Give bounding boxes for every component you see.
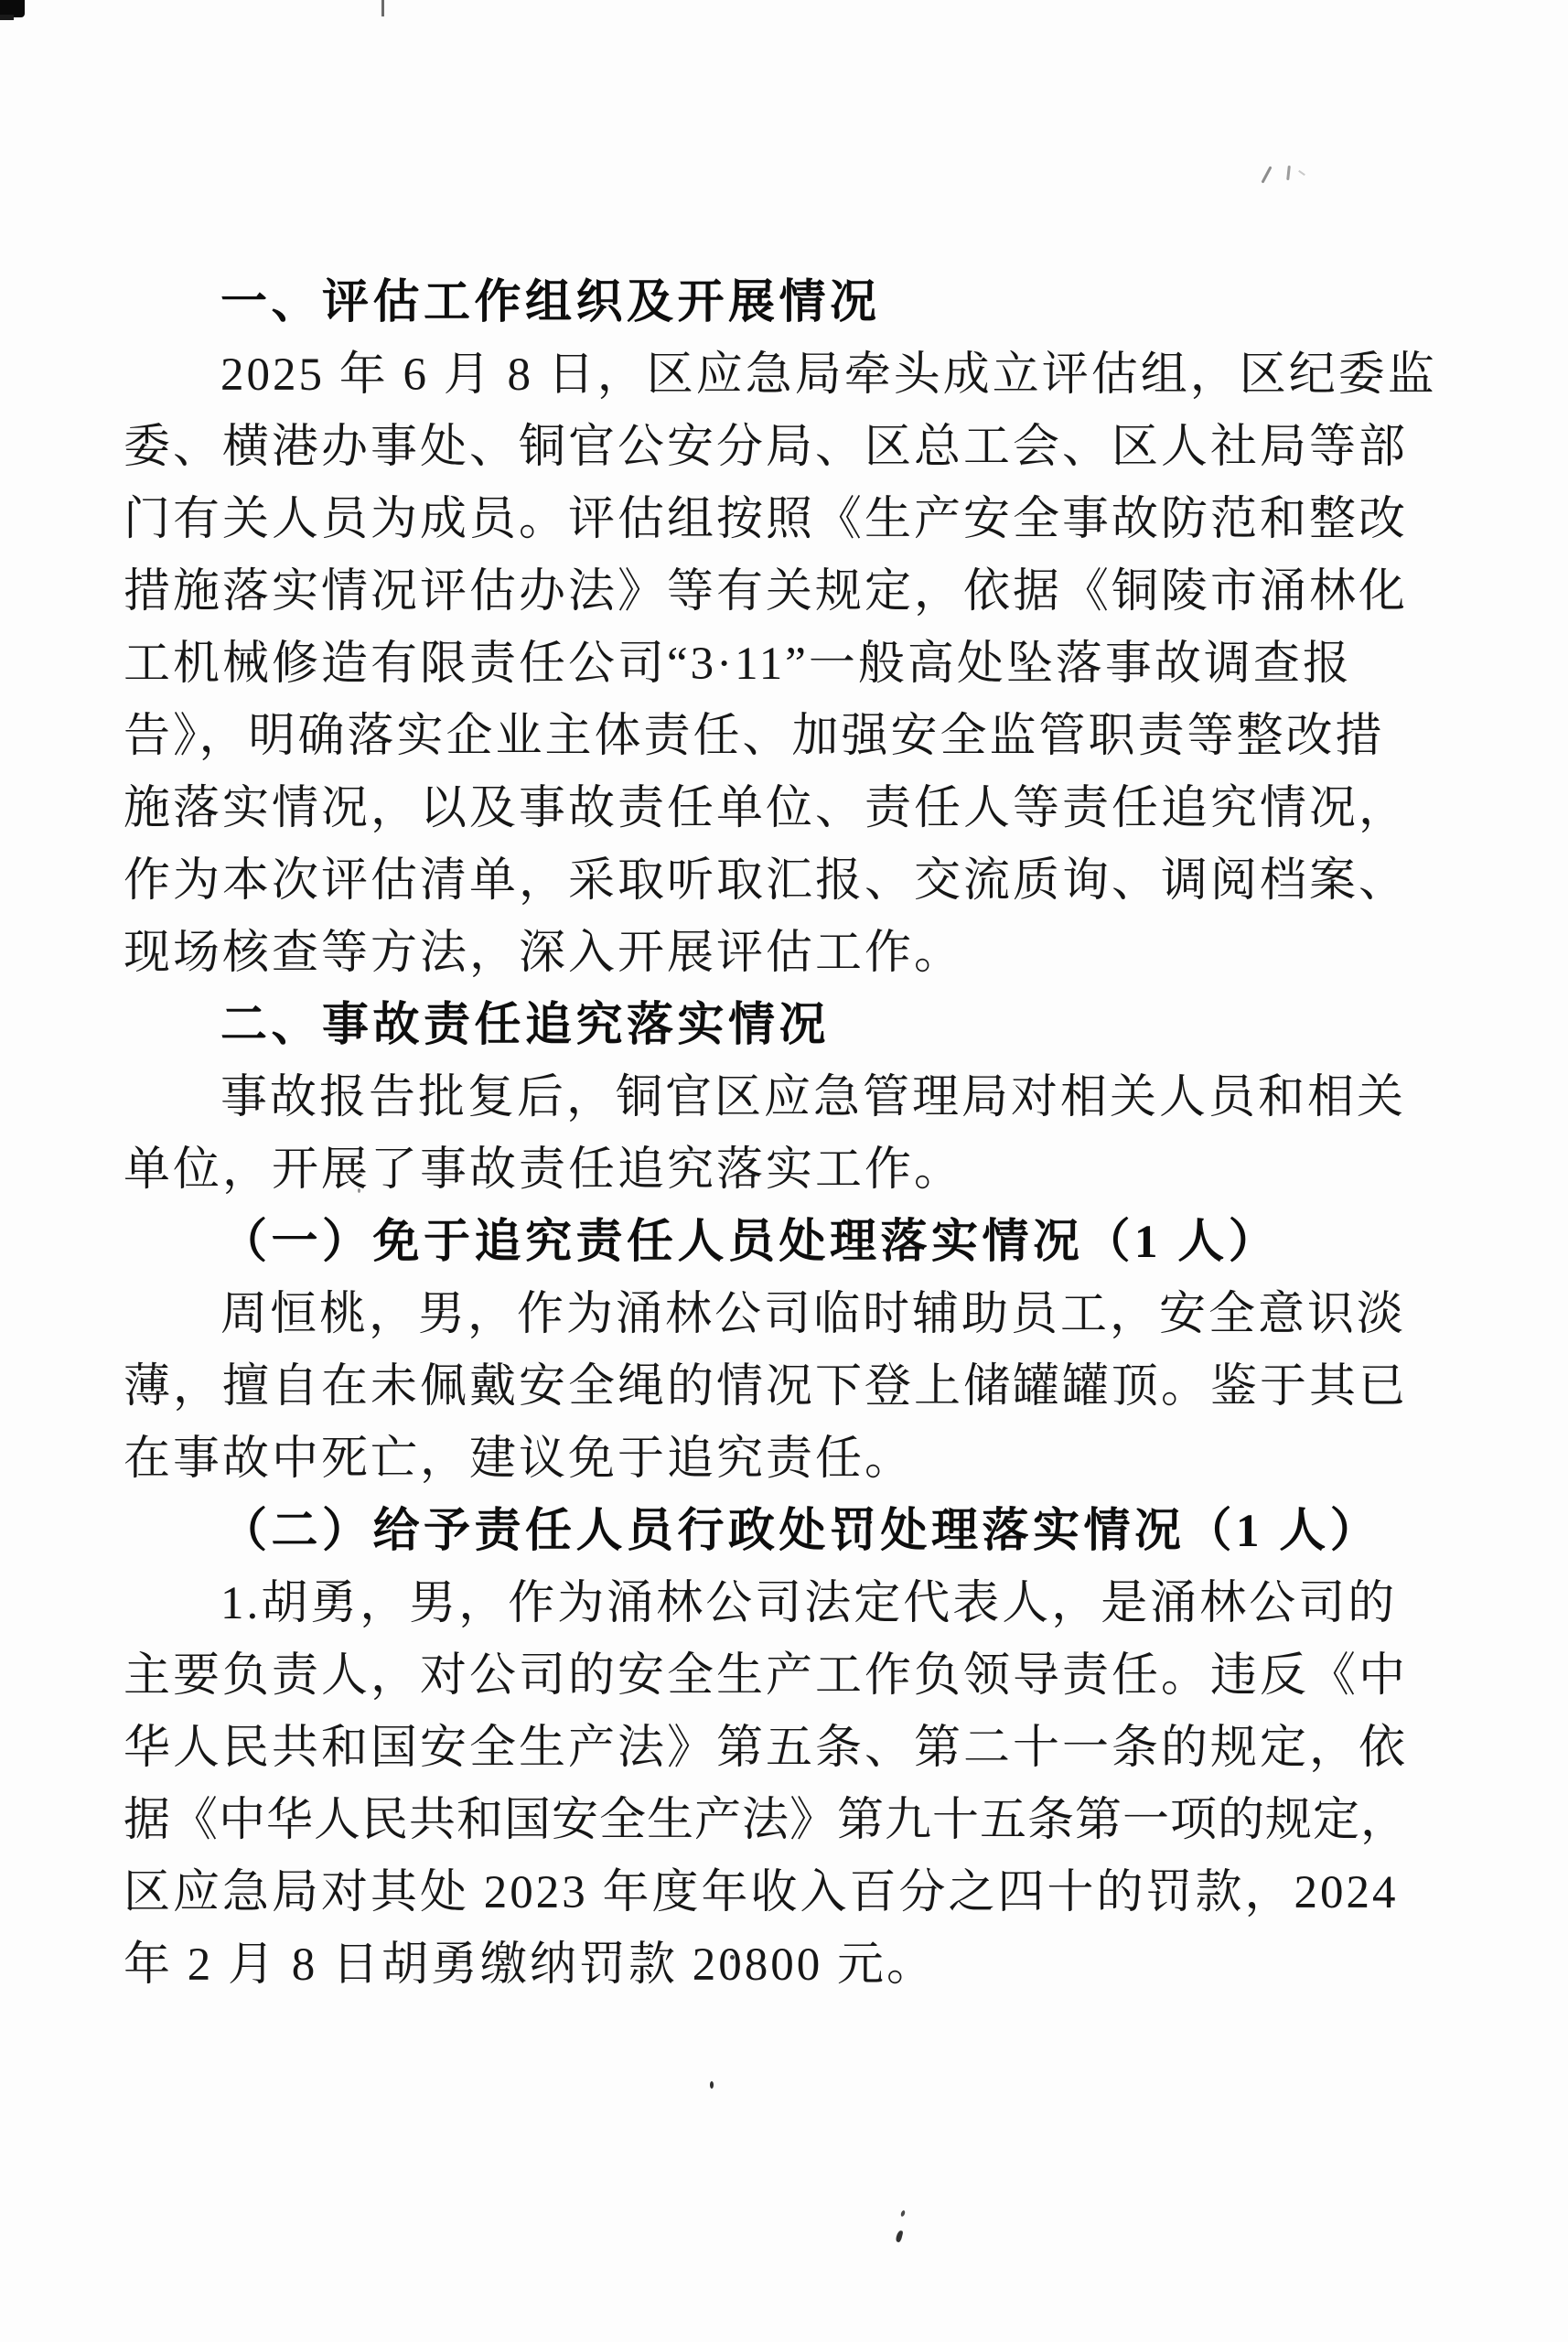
body-line: 门有关人员为成员。评估组按照《生产安全事故防范和整改 bbox=[124, 484, 1468, 556]
body-line-end: 在事故中死亡，建议免于追究责任。 bbox=[124, 1423, 1468, 1496]
body-line: 1.胡勇，男，作为涌林公司法定代表人，是涌林公司的 bbox=[124, 1568, 1468, 1640]
scan-corner-blot-2 bbox=[0, 15, 14, 20]
body-line: 作为本次评估清单，采取听取汇报、交流质询、调阅档案、 bbox=[124, 845, 1468, 918]
body-line: 2025 年 6 月 8 日，区应急局牵头成立评估组，区纪委监 bbox=[124, 339, 1468, 412]
body-line: 据《中华人民共和国安全生产法》第九十五条第一项的规定， bbox=[124, 1785, 1468, 1857]
pen-mark-faint bbox=[1298, 170, 1305, 176]
body-line: 告》，明确落实企业主体责任、加强安全监管职责等整改措 bbox=[124, 701, 1468, 773]
scan-edge-tick bbox=[381, 0, 384, 16]
body-line-end: 现场核查等方法，深入开展评估工作。 bbox=[124, 918, 1468, 990]
scan-corner-blot bbox=[0, 0, 25, 17]
ink-speck bbox=[900, 2210, 906, 2218]
ink-speck bbox=[710, 2081, 714, 2089]
body-line: 区应急局对其处 2023 年度年收入百分之四十的罚款，2024 bbox=[124, 1857, 1468, 1929]
body-line: 薄，擅自在未佩戴安全绳的情况下登上储罐罐顶。鉴于其已 bbox=[124, 1351, 1468, 1423]
ink-speck-comma bbox=[896, 2229, 904, 2242]
subsection-1-heading: （一）免于追究责任人员处理落实情况（1 人） bbox=[124, 1207, 1468, 1279]
section-1-heading: 一、评估工作组织及开展情况 bbox=[124, 267, 1468, 339]
body-line-end: 单位，开展了事故责任追究落实工作。 bbox=[124, 1134, 1468, 1207]
body-line: 主要负责人，对公司的安全生产工作负领导责任。违反《中 bbox=[124, 1640, 1468, 1713]
body-line-end: 年 2 月 8 日胡勇缴纳罚款 20800 元。 bbox=[124, 1929, 1468, 2002]
body-line: 措施落实情况评估办法》等有关规定，依据《铜陵市涌林化 bbox=[124, 556, 1468, 628]
body-line: 委、横港办事处、铜官公安分局、区总工会、区人社局等部 bbox=[124, 412, 1468, 484]
body-line: 工机械修造有限责任公司“3·11”一般高处坠落事故调查报 bbox=[124, 628, 1468, 701]
pen-mark-stroke bbox=[1286, 166, 1291, 180]
body-line: 周恒桃，男，作为涌林公司临时辅助员工，安全意识淡 bbox=[124, 1279, 1468, 1351]
body-line: 施落实情况，以及事故责任单位、责任人等责任追究情况， bbox=[124, 773, 1468, 845]
scanned-document-page: 一、评估工作组织及开展情况 2025 年 6 月 8 日，区应急局牵头成立评估组… bbox=[0, 0, 1568, 2342]
body-line: 华人民共和国安全生产法》第五条、第二十一条的规定，依 bbox=[124, 1713, 1468, 1785]
body-line: 事故报告批复后，铜官区应急管理局对相关人员和相关 bbox=[124, 1062, 1468, 1134]
subsection-2-heading: （二）给予责任人员行政处罚处理落实情况（1 人） bbox=[124, 1496, 1468, 1568]
section-2-heading: 二、事故责任追究落实情况 bbox=[124, 990, 1468, 1062]
document-body: 一、评估工作组织及开展情况 2025 年 6 月 8 日，区应急局牵头成立评估组… bbox=[124, 267, 1468, 2002]
pen-mark-slash bbox=[1261, 166, 1272, 183]
